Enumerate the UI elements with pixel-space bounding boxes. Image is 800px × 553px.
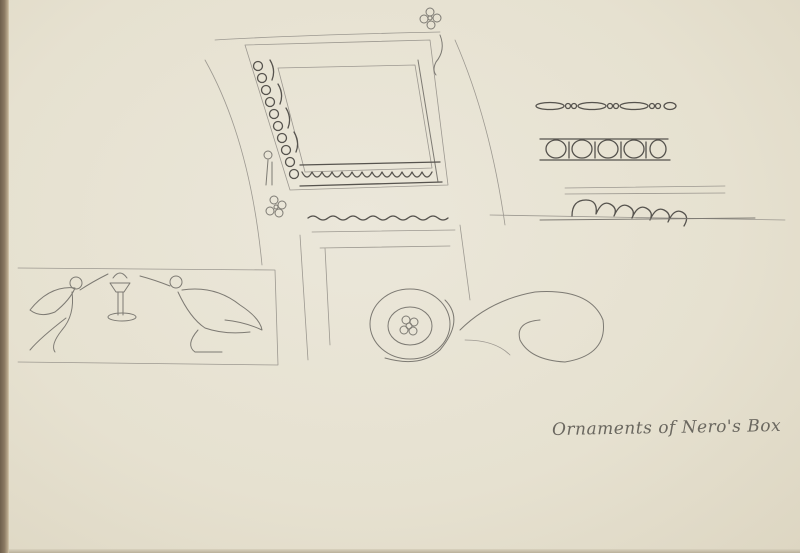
pencil-drawing (0, 0, 800, 553)
scroll-volute (370, 289, 604, 362)
right-winged-figure (140, 276, 262, 352)
left-bead-border (254, 60, 299, 179)
egg-and-dart-band (540, 139, 670, 160)
sketchbook-page: Ornaments of Nero's Box (0, 0, 800, 553)
decorated-frame (245, 8, 470, 360)
rosette-top (420, 8, 442, 75)
bead-line-under-frame (308, 216, 448, 220)
arc-guidelines (205, 32, 785, 265)
wave-scroll-band (540, 186, 755, 226)
relief-panel (18, 268, 278, 365)
rosette-bottom (264, 151, 286, 217)
handwritten-caption: Ornaments of Nero's Box (552, 416, 781, 440)
left-winged-figure (30, 274, 108, 352)
bead-and-reel-band (536, 103, 676, 110)
lamp-stand (108, 273, 136, 321)
bottom-egg-border (300, 162, 442, 186)
